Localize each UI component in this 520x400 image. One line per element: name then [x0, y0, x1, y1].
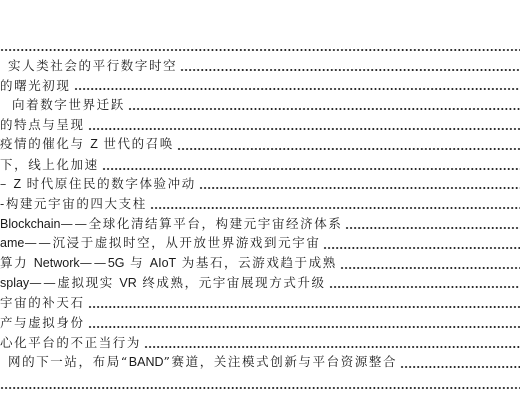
toc-entry[interactable]: – Z 时代原住民的数字体验冲动 — [0, 175, 520, 195]
toc-entry-text: 网的下一站，布局“BAND”赛道，关注模式创新与平台资源整合 — [8, 353, 400, 373]
dotted-leader — [102, 168, 520, 170]
toc-entry[interactable]: Blockchain——全球化清结算平台，构建元宇宙经济体系 — [0, 214, 520, 234]
dotted-leader — [180, 69, 520, 71]
toc-entry[interactable]: 疫情的催化与 Z 世代的召唤 — [0, 135, 520, 155]
dotted-leader — [177, 148, 520, 150]
dotted-leader — [128, 108, 520, 110]
toc-entry-text: splay——虚拟现实 VR 终成熟，元宇宙展现方式升级 — [0, 274, 329, 294]
dotted-leader — [144, 346, 520, 348]
dotted-leader — [0, 49, 520, 51]
dotted-leader — [345, 227, 520, 229]
toc-entry[interactable]: 的曙光初现 — [0, 76, 520, 96]
dotted-leader — [340, 267, 520, 269]
toc-leader-row — [0, 36, 520, 56]
toc-entry[interactable]: 宇宙的补天石 — [0, 293, 520, 313]
toc-entry-text: 的特点与呈现 — [0, 115, 88, 135]
dotted-leader — [88, 306, 520, 308]
toc-entry[interactable]: 的特点与呈现 — [0, 115, 520, 135]
dotted-leader — [150, 207, 520, 209]
dotted-leader — [88, 128, 520, 130]
toc-entry[interactable]: 算力 Network——5G 与 AIoT 为基石，云游戏趋于成熟 — [0, 254, 520, 274]
toc-entry-text: 实人类社会的平行数字时空 — [8, 56, 180, 76]
toc-entry[interactable]: 向着数字世界迁跃 — [0, 95, 520, 115]
toc-entry-text: 向着数字世界迁跃 — [12, 95, 128, 115]
dotted-leader — [329, 286, 520, 288]
toc-entry[interactable]: 产与虚拟身份 — [0, 313, 520, 333]
toc-entry-text: 下，线上化加速 — [0, 155, 102, 175]
toc-entry[interactable]: 网的下一站，布局“BAND”赛道，关注模式创新与平台资源整合 — [0, 353, 520, 373]
table-of-contents: 实人类社会的平行数字时空 的曙光初现 向着数字世界迁跃 的特点与呈现 疫情的催化… — [0, 36, 520, 394]
toc-entry[interactable]: 实人类社会的平行数字时空 — [0, 56, 520, 76]
dotted-leader — [323, 247, 520, 249]
toc-entry-text: 算力 Network——5G 与 AIoT 为基石，云游戏趋于成熟 — [0, 254, 340, 274]
toc-entry-text: Blockchain——全球化清结算平台，构建元宇宙经济体系 — [0, 214, 345, 234]
toc-entry-text: 的曙光初现 — [0, 76, 74, 96]
toc-entry[interactable]: ame——沉浸于虚拟时空，从开放世界游戏到元宇宙 — [0, 234, 520, 254]
toc-entry[interactable]: -构建元宇宙的四大支柱 — [0, 194, 520, 214]
toc-entry-text: 宇宙的补天石 — [0, 293, 88, 313]
dotted-leader — [88, 326, 520, 328]
dotted-leader — [74, 88, 520, 90]
toc-entry[interactable]: 心化平台的不正当行为 — [0, 333, 520, 353]
dotted-leader — [400, 366, 520, 368]
toc-entry-text: -构建元宇宙的四大支柱 — [0, 194, 150, 214]
toc-leader-row — [0, 375, 520, 395]
toc-entry-text: 疫情的催化与 Z 世代的召唤 — [0, 135, 177, 155]
toc-entry[interactable]: 下，线上化加速 — [0, 155, 520, 175]
toc-entry-text: ame——沉浸于虚拟时空，从开放世界游戏到元宇宙 — [0, 234, 323, 254]
toc-entry[interactable]: splay——虚拟现实 VR 终成熟，元宇宙展现方式升级 — [0, 274, 520, 294]
toc-entry-text: – Z 时代原住民的数字体验冲动 — [0, 175, 199, 195]
toc-entry-text: 产与虚拟身份 — [0, 313, 88, 333]
dotted-leader — [0, 387, 520, 389]
dotted-leader — [199, 187, 520, 189]
toc-entry-text: 心化平台的不正当行为 — [0, 333, 144, 353]
